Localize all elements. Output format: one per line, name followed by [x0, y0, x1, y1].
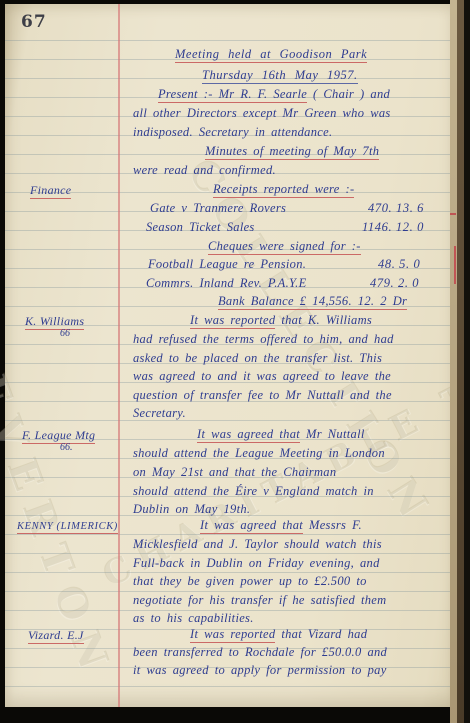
handwriting-text: Micklesfield and J. Taylor should watch … [133, 537, 382, 551]
margin-page-ref: 66 [60, 328, 70, 339]
margin-heading: F. League Mtg [22, 428, 95, 443]
manuscript-line: It was agreed that Messrs F. [200, 518, 362, 533]
handwriting-text: Thursday 16th May 1957. [202, 68, 358, 84]
page-edge-red-line [454, 246, 456, 284]
manuscript-line: was agreed to and it was agreed to leave… [133, 369, 391, 384]
manuscript-line: Commrs. Inland Rev. P.A.Y.E [146, 276, 307, 291]
handwriting-text: should attend the League Meeting in Lond… [133, 446, 385, 460]
handwriting-text: Dublin on May 19th. [133, 502, 250, 516]
handwriting-text: that they be given power up to £2.500 to [133, 574, 367, 588]
ruled-line [5, 591, 450, 592]
manuscript-line: Meeting held at Goodison Park [175, 47, 367, 62]
handwriting-text: were read and confirmed. [133, 163, 276, 177]
handwriting-text: Secretary. [133, 406, 186, 420]
page-number: 67 [21, 12, 47, 32]
manuscript-line: should attend the League Meeting in Lond… [133, 446, 385, 461]
handwriting-text: It was agreed that [197, 427, 300, 443]
ruled-line [5, 420, 450, 421]
manuscript-line: Dublin on May 19th. [133, 502, 250, 517]
margin-heading: Finance [30, 183, 71, 198]
amount-value: 48. 5. 0 [378, 257, 420, 272]
manuscript-line: it was agreed to apply for permission to… [133, 663, 387, 678]
handwriting-text: as to his capabilities. [133, 611, 254, 625]
margin-page-ref: 66. [60, 442, 73, 453]
handwriting-text: asked to be placed on the transfer list.… [133, 351, 382, 365]
handwriting-text: It was reported [190, 313, 275, 329]
manuscript-line: Cheques were signed for :- [208, 239, 361, 254]
manuscript-line: Present :- Mr R. F. Searle ( Chair ) and [158, 87, 390, 102]
handwriting-text: Full-back in Dublin on Friday evening, a… [133, 556, 380, 570]
manuscript-line: Full-back in Dublin on Friday evening, a… [133, 556, 380, 571]
manuscript-line: indisposed. Secretary in attendance. [133, 125, 332, 140]
manuscript-line: question of transfer fee to Mr Nuttall a… [133, 388, 392, 403]
handwriting-text: Mr Nuttall [300, 427, 365, 441]
ruled-line [5, 572, 450, 573]
manuscript-line: should attend the Éire v England match i… [133, 484, 374, 499]
handwriting-text: it was agreed to apply for permission to… [133, 663, 387, 677]
ruled-line [5, 686, 450, 687]
handwriting-text: Commrs. Inland Rev. P.A.Y.E [146, 276, 307, 290]
scan-background-edge [464, 0, 470, 723]
margin-heading: KENNY (LIMERICK) [17, 521, 118, 532]
handwriting-text: had refused the terms offered to him, an… [133, 332, 394, 346]
margin-heading: K. Williams [25, 314, 84, 329]
margin-heading: Vizard. E.J [28, 628, 84, 643]
manuscript-line: had refused the terms offered to him, an… [133, 332, 394, 347]
handwriting-text: Cheques were signed for :- [208, 239, 361, 255]
amount-value: 479. 2. 0 [370, 276, 419, 291]
manuscript-line: that they be given power up to £2.500 to [133, 574, 367, 589]
page-edge-red-mark [450, 213, 456, 215]
handwriting-text: Bank Balance £ 14,556. 12. 2 Dr [218, 294, 407, 310]
handwriting-text: been transferred to Rochdale for £50.0.0… [133, 645, 387, 659]
handwriting-text: all other Directors except Mr Green who … [133, 106, 391, 120]
handwriting-text: Football League re Pension. [148, 257, 306, 271]
handwriting-text: indisposed. Secretary in attendance. [133, 125, 332, 139]
manuscript-line: Football League re Pension. [148, 257, 306, 272]
handwriting-text: Minutes of meeting of May 7th [205, 144, 379, 160]
handwriting-text: Season Ticket Sales [146, 220, 255, 234]
manuscript-line: all other Directors except Mr Green who … [133, 106, 391, 121]
manuscript-line: Gate v Tranmere Rovers [150, 201, 286, 216]
manuscript-line: Season Ticket Sales [146, 220, 255, 235]
handwriting-text: ( Chair ) and [307, 87, 390, 101]
handwriting-text: Present :- Mr R. F. Searle [158, 87, 307, 103]
manuscript-line: were read and confirmed. [133, 163, 276, 178]
handwriting-text: was agreed to and it was agreed to leave… [133, 369, 391, 383]
handwriting-text: It was reported [190, 627, 275, 643]
manuscript-line: Bank Balance £ 14,556. 12. 2 Dr [218, 294, 407, 309]
book-edge-shadow [457, 0, 464, 723]
ruled-line [5, 40, 450, 41]
manuscript-line: on May 21st and that the Chairman [133, 465, 336, 480]
margin-rule-line [118, 4, 120, 707]
handwriting-text: It was agreed that [200, 518, 303, 534]
book-page-edge [450, 0, 457, 723]
handwriting-text: on May 21st and that the Chairman [133, 465, 336, 479]
minute-book-page: { "page": { "number": "67" }, "watermark… [0, 0, 470, 723]
manuscript-line: Receipts reported were :- [213, 182, 354, 197]
manuscript-line: as to his capabilities. [133, 611, 254, 626]
manuscript-line: It was reported that K. Williams [190, 313, 372, 328]
handwriting-text: question of transfer fee to Mr Nuttall a… [133, 388, 392, 402]
manuscript-line: It was agreed that Mr Nuttall [197, 427, 365, 442]
manuscript-line: Micklesfield and J. Taylor should watch … [133, 537, 382, 552]
amount-value: 470. 13. 6 [368, 201, 424, 216]
handwriting-text: that Vizard had [275, 627, 367, 641]
handwriting-text: that K. Williams [275, 313, 372, 327]
handwriting-text: should attend the Éire v England match i… [133, 484, 374, 498]
amount-value: 1146. 12. 0 [362, 220, 424, 235]
manuscript-line: been transferred to Rochdale for £50.0.0… [133, 645, 387, 660]
handwriting-text: Messrs F. [303, 518, 362, 532]
ruled-line [5, 534, 450, 535]
handwriting-text: negotiate for his transfer if he satisfi… [133, 593, 386, 607]
ruled-line [5, 553, 450, 554]
handwriting-text: Meeting held at Goodison Park [175, 47, 367, 63]
handwriting-text: Receipts reported were :- [213, 182, 354, 198]
manuscript-line: negotiate for his transfer if he satisfi… [133, 593, 386, 608]
margin-heading-text: Vizard. E.J [28, 628, 84, 644]
manuscript-line: Secretary. [133, 406, 186, 421]
manuscript-line: Thursday 16th May 1957. [202, 68, 358, 83]
handwriting-text: Gate v Tranmere Rovers [150, 201, 286, 215]
margin-heading-text: F. League Mtg [22, 428, 95, 444]
margin-heading-text: KENNY (LIMERICK) [17, 521, 118, 534]
margin-heading-text: Finance [30, 183, 71, 199]
manuscript-line: asked to be placed on the transfer list.… [133, 351, 382, 366]
margin-heading-text: K. Williams [25, 314, 84, 330]
manuscript-line: It was reported that Vizard had [190, 627, 367, 642]
manuscript-line: Minutes of meeting of May 7th [205, 144, 379, 159]
